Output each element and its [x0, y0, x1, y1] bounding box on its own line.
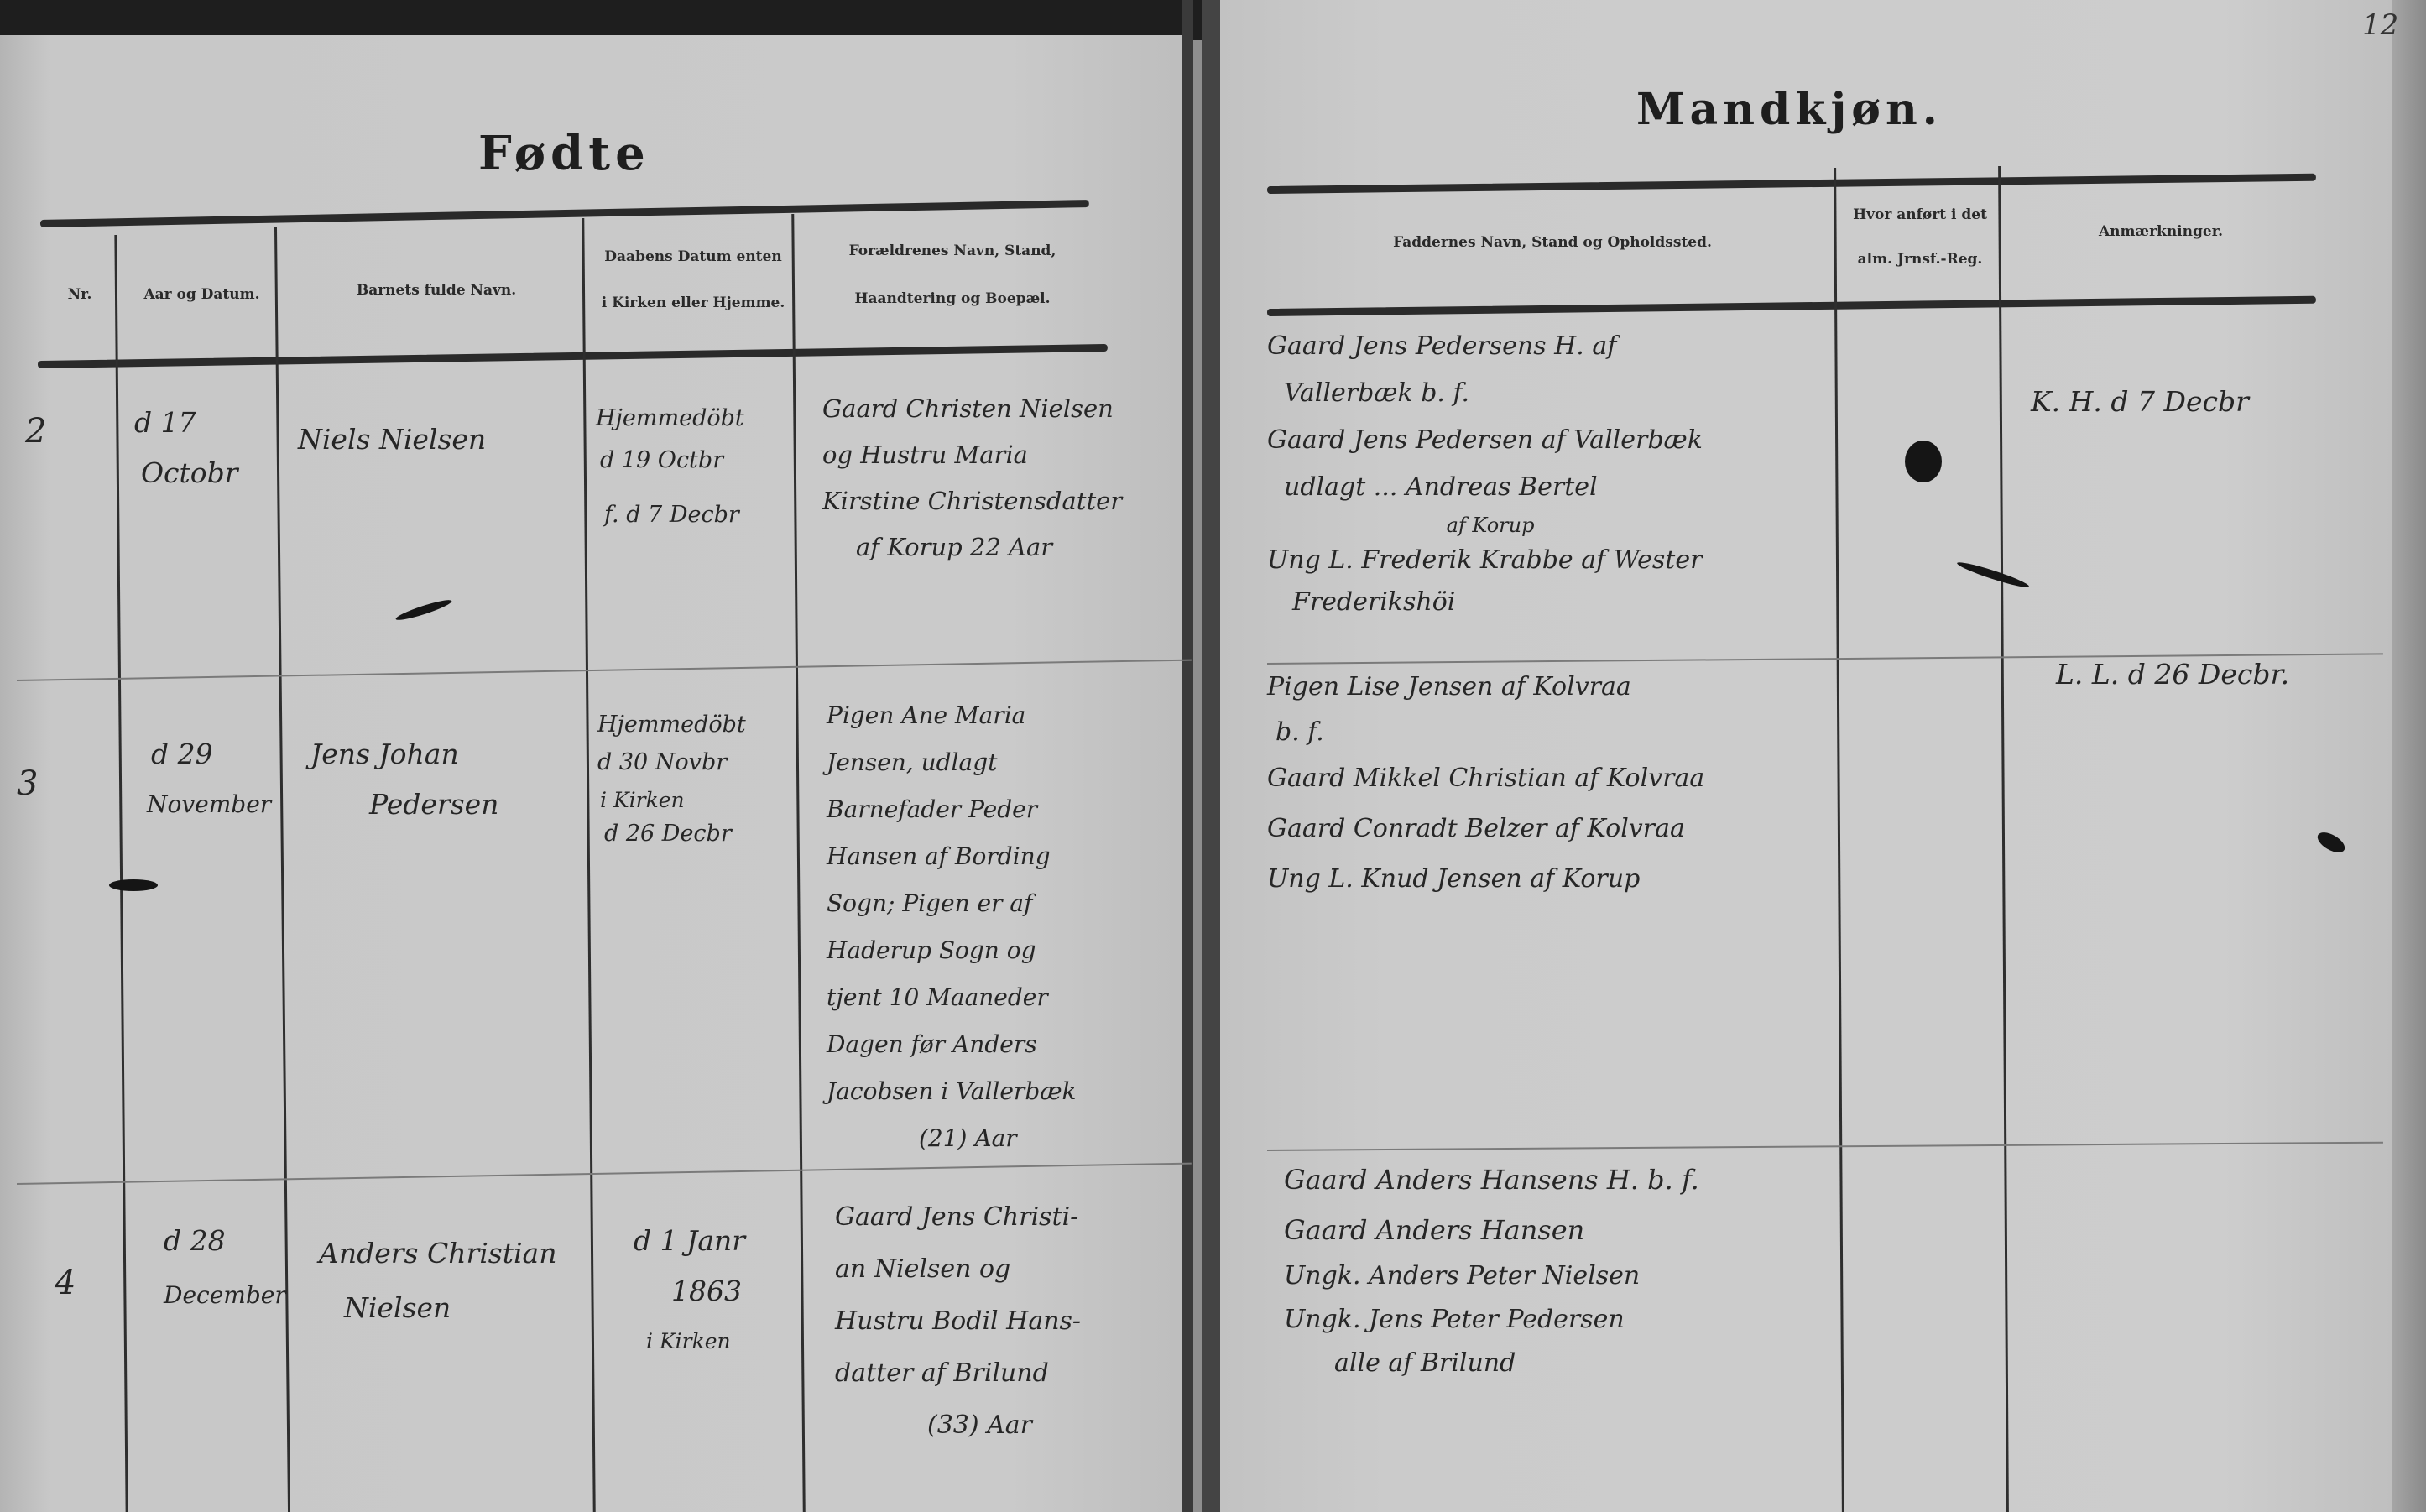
entry-4-parents-line: Gaard Jens Christi-: [835, 1191, 1081, 1243]
entry-2-child-name: Niels Nielsen: [298, 415, 486, 464]
entry-4-sponsors: Gaard Anders Hansens H. b. f. Gaard Ande…: [1284, 1154, 1699, 1385]
entry-2-sponsor-line: Frederikshöi: [1292, 581, 1728, 623]
entry-3-parents-line: Jacobsen i Vallerbæk: [827, 1068, 1077, 1115]
entry-3-sponsor-line: Gaard Mikkel Christian af Kolvraa: [1267, 753, 1704, 804]
column-header-remarks: Anmærkninger.: [2006, 214, 2316, 249]
gutter-rule-left: [1182, 0, 1193, 1512]
entry-3-parents-line: Sogn; Pigen er af: [827, 880, 1077, 927]
entry-2-number: 2: [25, 407, 46, 456]
column-header-baptism-line2: i Kirken eller Hjemme.: [589, 285, 797, 321]
entry-4-baptism-2: 1863: [671, 1267, 742, 1316]
entry-3-child-name-2: Pedersen: [369, 780, 498, 829]
entry-3-parents-line: Dagen før Anders: [827, 1021, 1077, 1068]
entry-4-child-name-1: Anders Christian: [319, 1229, 556, 1278]
entry-2-date-day: d 17: [134, 399, 196, 447]
entry-3-parents-line: Haderup Sogn og: [827, 927, 1077, 974]
entry-2-baptism-3: f. d 7 Decbr: [604, 491, 739, 540]
column-header-child-name: Barnets fulde Navn.: [285, 273, 587, 308]
entry-4-sponsor-line: Ungk. Anders Peter Nielsen: [1284, 1254, 1699, 1298]
entry-3-sponsor-line: Pigen Lise Jensen af Kolvraa: [1267, 663, 1704, 712]
entry-2-parents-line: Gaard Christen Nielsen: [822, 386, 1122, 432]
column-header-sponsors: Faddernes Navn, Stand og Opholdssted.: [1267, 225, 1838, 260]
entry-2-remarks: K. H. d 7 Decbr: [2031, 378, 2249, 426]
entry-3-sponsor-line: b. f.: [1276, 712, 1713, 753]
entry-3-parents-line: Pigen Ane Maria: [827, 692, 1077, 739]
entry-2-baptism-2: d 19 Octbr: [600, 436, 723, 485]
entry-2-date-month: Octobr: [141, 449, 238, 498]
entry-4-sponsor-line: Gaard Anders Hansen: [1284, 1206, 1699, 1254]
entry-2-sponsor-line: Vallerbæk b. f.: [1284, 370, 1719, 417]
entry-4-parents-line: datter af Brilund: [835, 1348, 1081, 1400]
entry-4-sponsor-line: Gaard Anders Hansens H. b. f.: [1284, 1154, 1699, 1206]
entry-3-baptism-4: d 26 Decbr: [604, 810, 732, 858]
entry-3-number: 3: [17, 759, 38, 808]
entry-2-sponsor-line: Gaard Jens Pedersens H. af: [1267, 323, 1703, 370]
entry-3-sponsors: Pigen Lise Jensen af Kolvraa b. f. Gaard…: [1267, 663, 1704, 905]
entry-2-parents-line: og Hustru Maria: [822, 432, 1122, 478]
gutter-rule-right: [1202, 0, 1220, 1512]
entry-2-sponsor-line: af Korup: [1267, 511, 1703, 540]
entry-3-parents-line: Hansen af Bording: [827, 833, 1077, 880]
entry-2-sponsors: Gaard Jens Pedersens H. af Vallerbæk b. …: [1267, 323, 1703, 623]
column-header-date: Aar og Datum.: [124, 277, 279, 312]
entry-4-sponsor-line: alle af Brilund: [1334, 1342, 1750, 1385]
column-header-baptism-line1: Daabens Datum enten: [589, 239, 797, 274]
entry-2-parents-line: Kirstine Christensdatter: [822, 478, 1122, 524]
entry-3-sponsor-line: Gaard Conradt Belzer af Kolvraa: [1267, 804, 1704, 854]
entry-2-parents: Gaard Christen Nielsen og Hustru Maria K…: [822, 386, 1122, 571]
right-page-title: Mandkjøn.: [1636, 84, 1943, 135]
entry-3-parents-line: Jensen, udlagt: [827, 739, 1077, 786]
entry-4-sponsor-line: Ungk. Jens Peter Pedersen: [1284, 1298, 1699, 1342]
entry-3-date-day: d 29: [151, 730, 213, 779]
entry-3-parents-line: (21) Aar: [919, 1115, 1169, 1162]
entry-4-baptism-1: d 1 Janr: [634, 1217, 745, 1265]
entry-4-baptism-3: i Kirken: [646, 1317, 731, 1366]
entry-2-sponsor-line: Ung L. Frederik Krabbe af Wester: [1267, 540, 1703, 581]
column-header-nr: Nr.: [38, 277, 122, 312]
entry-4-parents-line: (33) Aar: [927, 1400, 1173, 1452]
entry-4-parents-line: an Nielsen og: [835, 1243, 1081, 1296]
left-page-title: Fødte: [478, 126, 650, 181]
entry-2-parents-line: af Korup 22 Aar: [856, 524, 1156, 571]
entry-4-parents: Gaard Jens Christi- an Nielsen og Hustru…: [835, 1191, 1081, 1452]
entry-4-parents-line: Hustru Bodil Hans-: [835, 1296, 1081, 1348]
entry-4-number: 4: [55, 1259, 76, 1307]
entry-4-date-day: d 28: [164, 1217, 226, 1265]
column-header-parents-line2: Haandtering og Boepæl.: [801, 281, 1103, 316]
entry-3-parents-line: tjent 10 Maaneder: [827, 974, 1077, 1021]
entry-3-remarks: L. L. d 26 Decbr.: [2056, 650, 2289, 699]
entry-2-sponsor-line: Gaard Jens Pedersen af Vallerbæk: [1267, 417, 1703, 464]
page-edge-shadow: [2392, 0, 2426, 1512]
entry-2-sponsor-line: udlagt ... Andreas Bertel: [1284, 464, 1719, 511]
entry-4-child-name-2: Nielsen: [344, 1284, 451, 1332]
entry-3-parents-line: Barnefader Peder: [827, 786, 1077, 833]
entry-4-date-month: December: [164, 1271, 286, 1320]
entry-3-sponsor-line: Ung L. Knud Jensen af Korup: [1267, 854, 1704, 905]
column-header-register-line1: Hvor anført i det: [1839, 197, 2001, 232]
page-number: 12: [2362, 8, 2398, 42]
entry-3-child-name-1: Jens Johan: [310, 730, 459, 779]
ink-blot: [1905, 441, 1942, 482]
entry-3-date-month: November: [147, 780, 271, 829]
entry-3-parents: Pigen Ane Maria Jensen, udlagt Barnefade…: [827, 692, 1077, 1162]
column-header-parents-line1: Forældrenes Navn, Stand,: [801, 233, 1103, 269]
column-header-register-line2: alm. Jrnsf.-Reg.: [1839, 242, 2001, 277]
ink-blot: [109, 879, 158, 891]
